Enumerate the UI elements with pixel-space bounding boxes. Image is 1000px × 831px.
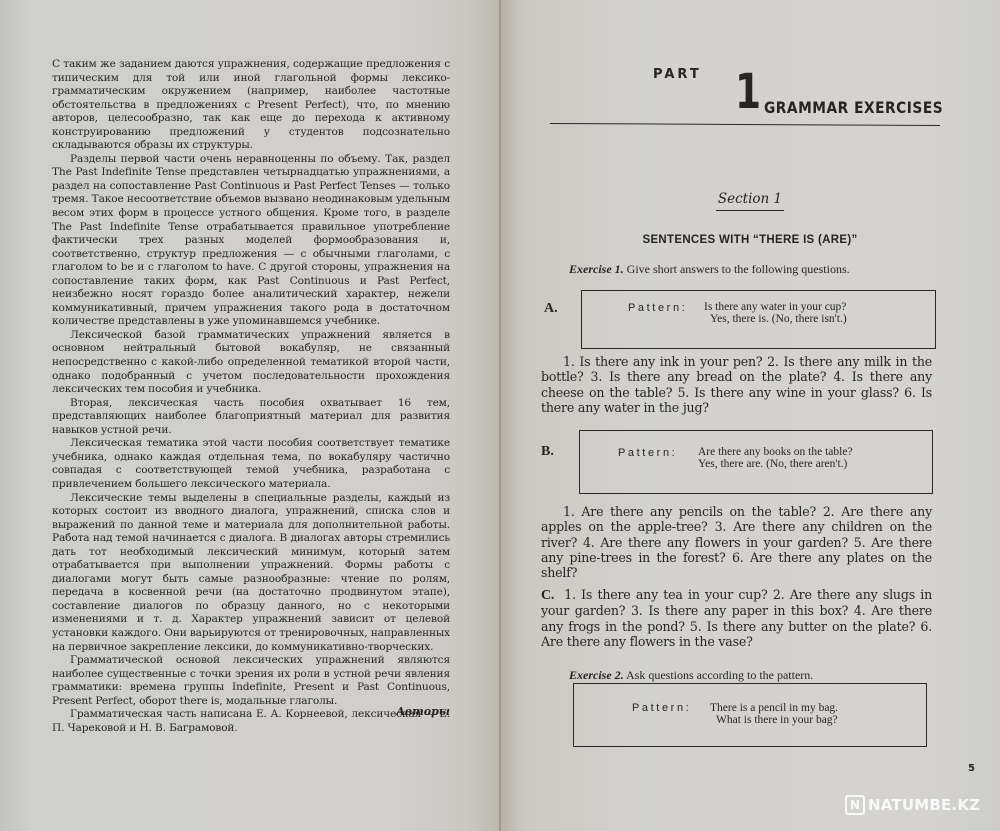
questions-c: C.1. Is there any tea in your cup? 2. Ar…	[541, 587, 932, 649]
paragraph: Лексической базой грамматических упражне…	[52, 329, 450, 397]
pattern-lines: There is a pencil in my bag. What is the…	[710, 702, 838, 726]
pattern-label: Pattern:	[628, 302, 687, 314]
paragraph: Лексическая тематика этой части пособия …	[52, 437, 450, 491]
preface-text: С таким же заданием даются упражнения, с…	[52, 58, 450, 735]
part-number: 1	[735, 68, 761, 116]
pattern-label: Pattern:	[618, 447, 677, 459]
exercise-instruction: Give short answers to the following ques…	[627, 262, 850, 276]
exercise-2-heading: Exercise 2. Ask questions according to t…	[569, 668, 813, 683]
part-header: PART 1 GRAMMAR EXERCISES	[500, 0, 1000, 130]
right-page: PART 1 GRAMMAR EXERCISES Section 1 SENTE…	[500, 0, 1000, 831]
page-number: 5	[968, 763, 975, 774]
exercise-label: Exercise 2.	[569, 668, 624, 682]
pattern-box: Pattern: There is a pencil in my bag. Wh…	[573, 683, 927, 747]
pattern-box: Pattern: Is there any water in your cup?…	[581, 290, 936, 349]
exercise-1-heading: Exercise 1. Give short answers to the fo…	[569, 262, 850, 277]
exercise-label: Exercise 1.	[569, 262, 624, 276]
block-letter: C.	[541, 588, 554, 603]
pattern-box: Pattern: Are there any books on the tabl…	[579, 430, 933, 494]
authors-signature: Авторы	[52, 705, 450, 718]
watermark: N NATUMBE.KZ	[845, 795, 980, 815]
part-title: GRAMMAR EXERCISES	[764, 98, 943, 117]
questions-b: 1. Are there any pencils on the table? 2…	[541, 504, 932, 580]
block-letter: A.	[544, 301, 558, 317]
paragraph: Лексические темы выделены в специальные …	[52, 492, 450, 655]
natumbe-logo-icon: N	[845, 795, 865, 815]
left-page: С таким же заданием даются упражнения, с…	[0, 0, 500, 831]
pattern-lines: Is there any water in your cup? Yes, the…	[704, 301, 847, 325]
block-letter: B.	[541, 444, 554, 460]
topic-heading: SENTENCES WITH “THERE IS (ARE)”	[500, 234, 1000, 246]
watermark-text: NATUMBE.KZ	[868, 796, 980, 814]
exercise-instruction: Ask questions according to the pattern.	[626, 668, 813, 682]
part-label: PART	[653, 67, 702, 82]
pattern-label: Pattern:	[632, 702, 691, 714]
paragraph: Вторая, лексическая часть пособия охваты…	[52, 397, 450, 438]
questions-a: 1. Is there any ink in your pen? 2. Is t…	[541, 354, 932, 415]
paragraph: С таким же заданием даются упражнения, с…	[52, 58, 450, 153]
paragraph: Разделы первой части очень неравноценны …	[52, 153, 450, 329]
book-spine	[498, 0, 502, 831]
section-title: Section 1	[500, 191, 1000, 207]
pattern-lines: Are there any books on the table? Yes, t…	[698, 446, 853, 470]
paragraph: Грамматической основой лексических упраж…	[52, 654, 450, 708]
header-rule	[550, 123, 940, 126]
